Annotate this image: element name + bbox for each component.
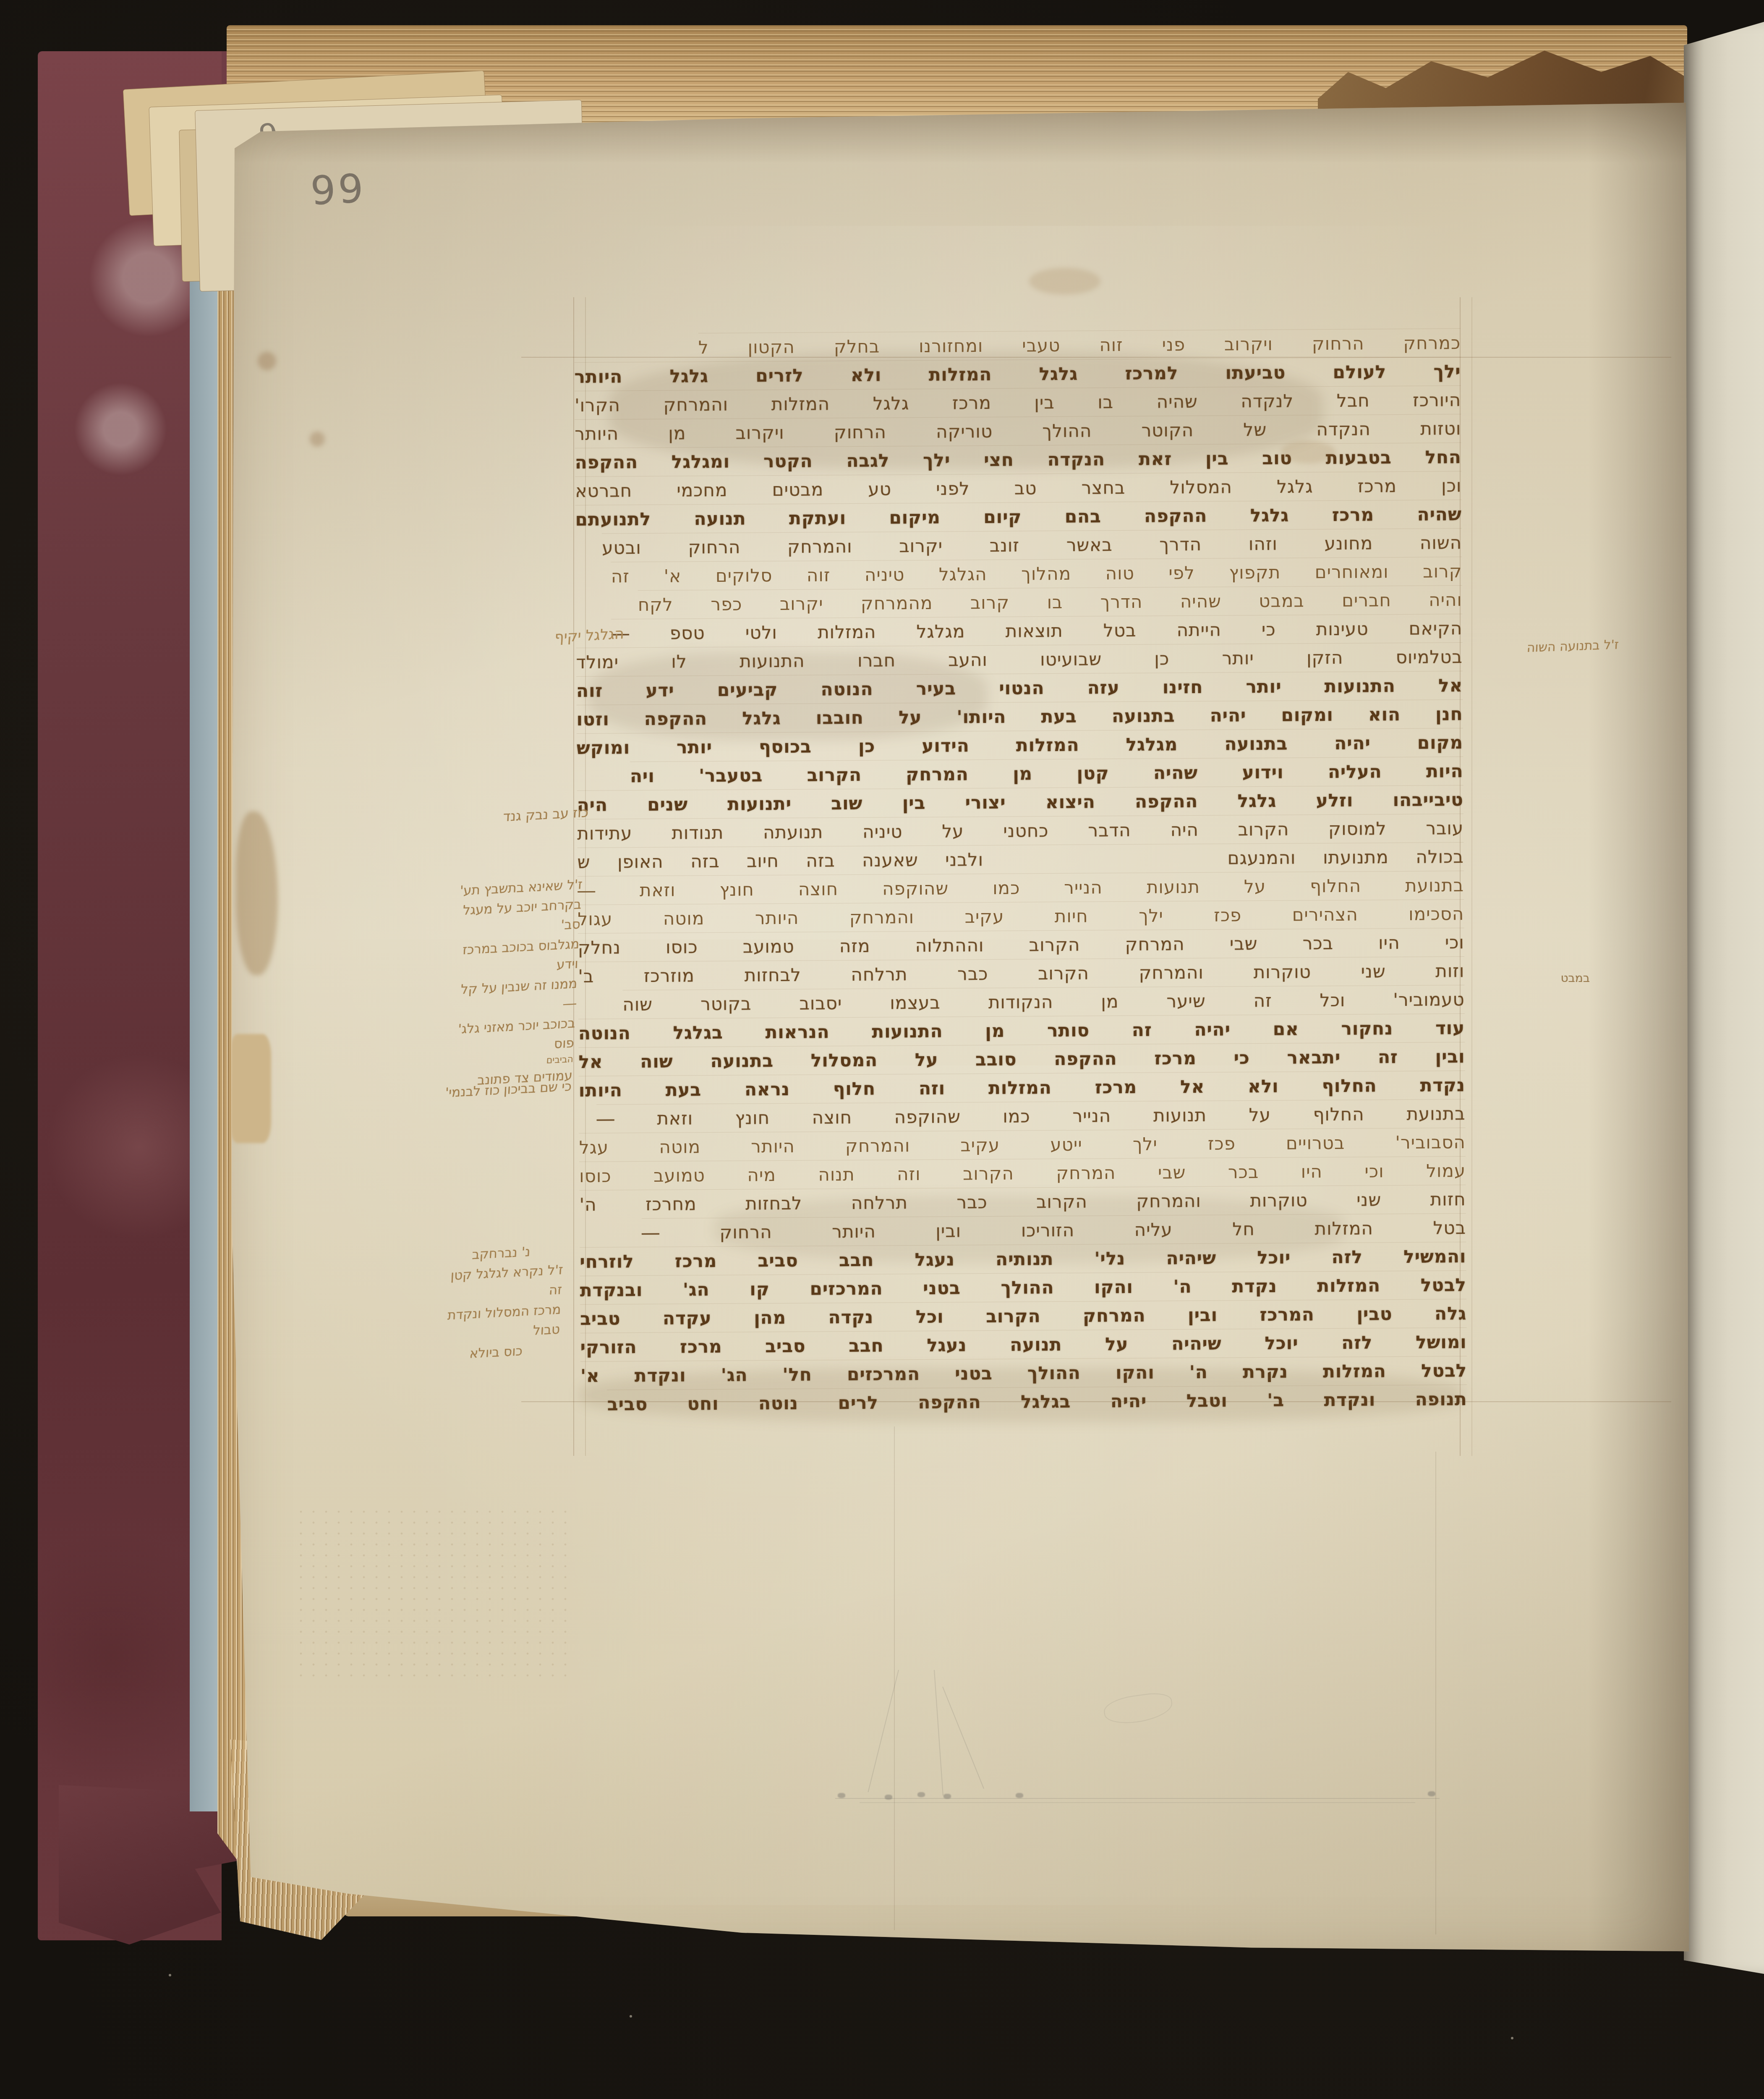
- stain: [1029, 268, 1100, 295]
- margin-note-line: ז'ל נקרא לגלגל קטן זה: [436, 1260, 564, 1306]
- margin-note-line: בקרחב יוכב על מעגל סב': [451, 895, 582, 941]
- margin-note-right-2: במבט: [1531, 968, 1590, 988]
- text-line: וכן מרכז גלגל המסלול בחצר טב לפני טע מבט…: [575, 471, 1461, 505]
- stain: [236, 811, 278, 975]
- text-line: טעמוביר' וכל זה שיער מן הנקודות בעצמו יס…: [622, 985, 1465, 1018]
- parchment-freckles: [295, 1506, 572, 1683]
- dust-speck: [169, 1974, 171, 1976]
- ghost-diagonal: [868, 1670, 899, 1793]
- ghost-mark: [943, 1794, 951, 1799]
- ghost-baseline: [835, 1798, 1440, 1799]
- margin-note-line: מגלבוס בכוכב במרכז וידע: [449, 934, 580, 981]
- manuscript-page: 99 כמרחק הרחוק ויקרוב פני זוה טעבי ומחזו…: [232, 100, 1689, 1959]
- text-line: והיה חברים במבט שהיה הדרך בו קרוב מהמרחק…: [638, 585, 1463, 619]
- ghost-diagonal: [942, 1687, 984, 1789]
- margin-note-line: מרכז המסלול ונקדת טבול: [434, 1300, 562, 1346]
- stain: [258, 352, 276, 370]
- stain: [310, 432, 325, 447]
- text-line: נקדת החלוף ולא אל מרכז המזלות וזה חלוף נ…: [579, 1070, 1465, 1104]
- page-gutter-shadow: [1588, 100, 1689, 1959]
- text-line: הסבוביר' בטרויים פכז ילך ייטע עקיב והמרח…: [579, 1128, 1466, 1162]
- ink-smudge: [609, 352, 1323, 469]
- text-line: הסכימו הצהירים פכז ילך חיות עקיב והמרחק …: [578, 899, 1464, 933]
- text-line: טיבייבהו וזלע גלגל ההקפה היצוא יצורי בין…: [577, 785, 1463, 819]
- text-line: השוה מחונע וזהו הדרך באשר זונב יקרוב והמ…: [602, 528, 1462, 562]
- margin-note-left-3: ז'ל שאינא בתשבץ תע'בקרחב יוכב על מעגל סב…: [443, 875, 583, 1092]
- ink-smudge: [588, 652, 987, 740]
- text-line: גלה טבין המרכז ובין המרחק הקרוב וכל נקדה…: [580, 1299, 1466, 1333]
- text-line: עובר למוסוק הקרוב היה הדבר כחטני על טיני…: [577, 814, 1463, 848]
- ghost-mark: [838, 1793, 845, 1798]
- text-line: הקיאם טעינות כי הייתה בטל תוצאות מגלגל ה…: [612, 614, 1463, 647]
- ghost-mark: [917, 1792, 925, 1797]
- text-line: היות העליה וידוע שהיה קטן מן המרחק הקרוב…: [630, 756, 1463, 790]
- ghost-mark: [1428, 1791, 1435, 1796]
- ruling-line-vertical-right-2: [1471, 297, 1472, 1456]
- ghost-diagram: [835, 1662, 1440, 1806]
- ink-smudge: [714, 1196, 1344, 1263]
- ghost-baseline-2: [860, 1802, 1416, 1803]
- dust-speck: [1511, 2037, 1513, 2039]
- text-line: בתנועת החלוף על תנועות הנייר כמו שהוקפה …: [596, 1099, 1465, 1133]
- dust-speck: [630, 2015, 632, 2018]
- ghost-mark: [885, 1795, 892, 1800]
- text-line: עמול וכי היו בכר שבי המרחק הקרוב וזה תנו…: [579, 1156, 1466, 1190]
- text-line: בתנועת החלוף על תנועות הנייר כמו שהוקפה …: [578, 871, 1464, 905]
- stain-tape: [229, 1034, 271, 1143]
- manuscript-photo: 9 99 כמרחק הרחוק ויקרוב פני זוה טעבי ומח…: [0, 0, 1764, 2099]
- text-line: וזות שני טוקרות והמרחק הקרוב כבר תרלחה ל…: [578, 956, 1464, 990]
- ghost-diagonal: [934, 1670, 943, 1795]
- margin-note-line: ממנו זה שנבין על קל ―: [447, 974, 578, 1021]
- margin-note-left-5: נ' נברחקבז'ל נקרא לגלגל קטן זהמרכז המסלו…: [433, 1241, 564, 1366]
- text-line: בכולה מתנועתו והמנעגם ולבני שאענה בזה חי…: [577, 842, 1463, 876]
- text-line: קרוב ומאוחרים תקפוץ לפי טוה מהלוך הגלגל …: [611, 557, 1462, 590]
- text-line: ומושל לזה יוכל שיהיה על תנועה נעגל חבב ס…: [580, 1327, 1467, 1361]
- text-line: ובין זה יתבאר כי מרכז ההקפה סובב על המסל…: [578, 1042, 1465, 1076]
- ink-smudge: [580, 1368, 1461, 1422]
- text-line: וכי היו בכר שבי המרחק הקרוב וההתלוה מזה …: [578, 928, 1464, 962]
- ghost-mark: [1016, 1793, 1023, 1798]
- margin-note-line: בכוכב יוכר מאזני גלג' פוס: [444, 1013, 576, 1060]
- text-line: לבטל המזלות נקדת ה' והקו ההולך בטני המרכ…: [580, 1270, 1466, 1304]
- folio-number: 99: [309, 166, 367, 215]
- facing-page-edge: [1684, 22, 1764, 1974]
- ghost-scribble: [1102, 1691, 1174, 1727]
- text-line: שהיה מרכז גלגל ההקפה בהם קיום מיקום ועתק…: [575, 500, 1461, 534]
- text-line: עוד נחקור אם יהיה זה סותר מן התנועות הנר…: [578, 1013, 1465, 1047]
